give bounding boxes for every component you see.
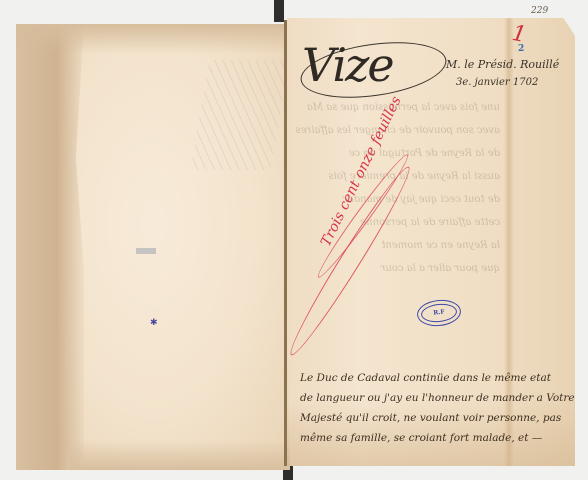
body-line: de langueur ou j'ay eu l'honneur de mand… — [300, 388, 576, 408]
left-page-stain-top — [16, 24, 290, 54]
binding-spine-top — [274, 0, 284, 22]
bleed-through-text: avec son pouvoir de changer les affaires — [300, 125, 500, 136]
letter-heading: Vize — [302, 38, 393, 92]
addressee: M. le Présid. Rouillé — [446, 58, 559, 71]
left-page-stain-bottom — [70, 440, 290, 470]
left-page-stain — [16, 24, 84, 470]
bleed-through-text: de tout ceci que jay de mander — [300, 194, 500, 205]
pencil-smudge — [136, 248, 156, 254]
folio-number: 229 — [531, 6, 548, 16]
letter-body: Le Duc de Cadaval continüe dans le même … — [300, 368, 576, 448]
body-line: même sa famille, se croiant fort malade,… — [300, 428, 576, 448]
bleed-through-text: de la Reyne de Portugal en ce — [300, 148, 500, 159]
body-line: Majesté qu'il croit, ne voulant voir per… — [300, 408, 576, 428]
body-line: Le Duc de Cadaval continüe dans le même … — [300, 368, 576, 388]
ink-spot: ✱ — [150, 318, 158, 328]
blue-page-number: 2 — [518, 44, 524, 54]
letter-date: 3e. janvier 1702 — [456, 77, 538, 88]
